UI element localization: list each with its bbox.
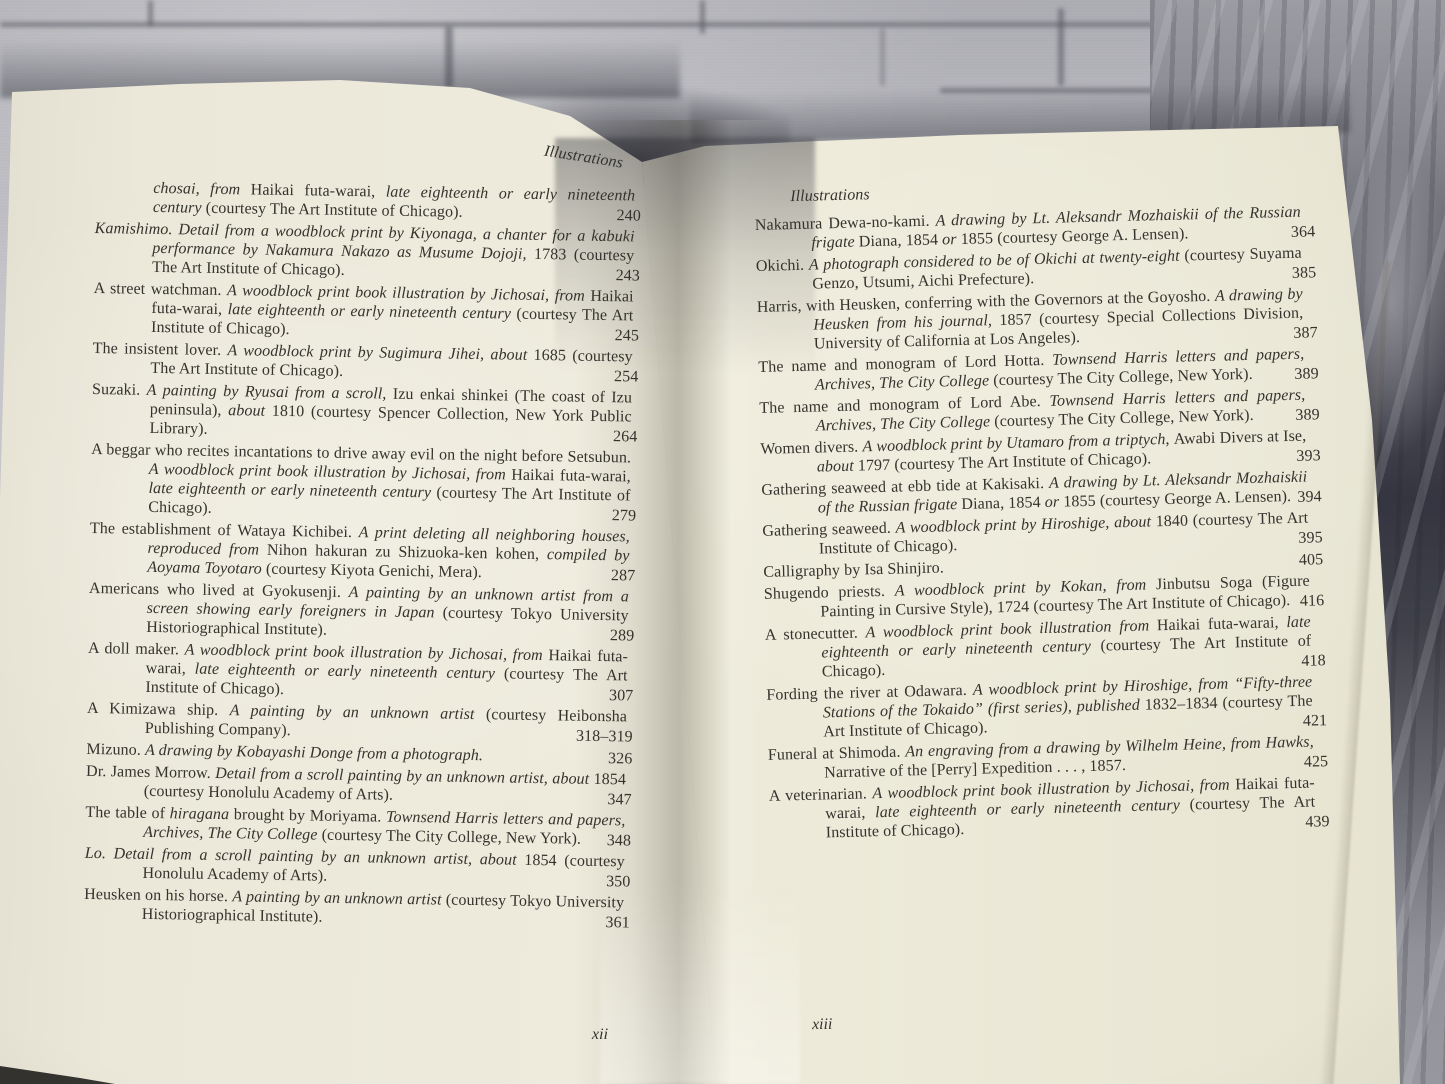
- entry-text: The establishment of Wataya Kichibei. A …: [89, 519, 630, 584]
- toc-entry: Heusken on his horse. A painting by an u…: [84, 885, 631, 932]
- entry-text: Suzaki. A painting by Ryusai from a scro…: [91, 380, 632, 445]
- entry-text: Lo. Detail from a scroll painting by an …: [84, 844, 625, 890]
- entry-page-number: 264: [613, 427, 638, 446]
- entry-text: A Kimizawa ship. A painting by an unknow…: [87, 699, 628, 745]
- wall-mortar-line: [0, 22, 1340, 27]
- entry-page-number: 289: [610, 626, 635, 645]
- wall-mortar-line: [1058, 8, 1064, 86]
- entry-text: The table of hiragana brought by Moriyam…: [85, 803, 626, 849]
- entry-text: chosai, from Haikai futa-warai, late eig…: [95, 178, 636, 224]
- entry-page-number: 348: [607, 831, 632, 850]
- entry-text: Harris, with Heusken, conferring with th…: [757, 285, 1304, 355]
- entry-page-number: 385: [1292, 263, 1317, 283]
- entry-page-number: 254: [614, 367, 639, 386]
- entry-page-number: 405: [1299, 550, 1324, 570]
- left-page-text: Illustrations chosai, from Haikai futa-w…: [84, 142, 642, 934]
- entry-page-number: 364: [1291, 222, 1316, 242]
- entry-page-number: 387: [1293, 323, 1318, 343]
- toc-entry: A doll maker. A woodblock print book ill…: [87, 639, 634, 705]
- toc-entry: Dr. James Morrow. Detail from a scroll p…: [86, 762, 633, 809]
- entry-page-number: 240: [616, 206, 641, 225]
- entry-text: A veterinarian. A woodblock print book i…: [769, 773, 1316, 843]
- toc-entries-right: Nakamura Dewa-no-kami. A drawing by Lt. …: [755, 202, 1330, 843]
- toc-entry: A street watchman. A woodblock print boo…: [93, 279, 640, 345]
- entry-page-number: 347: [607, 790, 632, 809]
- entry-text: Heusken on his horse. A painting by an u…: [84, 885, 625, 931]
- toc-entry: Harris, with Heusken, conferring with th…: [757, 284, 1318, 355]
- toc-entry: A stonecutter. A woodblock print book il…: [765, 612, 1326, 683]
- toc-entry: Fording the river at Odawara. A woodbloc…: [766, 672, 1327, 743]
- toc-entry: A veterinarian. A woodblock print book i…: [769, 773, 1330, 844]
- entry-text: A doll maker. A woodblock print book ill…: [87, 639, 628, 704]
- wall-mortar-line: [880, 28, 885, 86]
- folio-right: xiii: [812, 1016, 833, 1034]
- toc-entry: The establishment of Wataya Kichibei. A …: [89, 519, 636, 585]
- entry-page-number: 393: [1296, 446, 1321, 466]
- toc-entry: Lo. Detail from a scroll painting by an …: [84, 844, 631, 891]
- entry-page-number: 245: [615, 326, 640, 345]
- entry-text: Dr. James Morrow. Detail from a scroll p…: [86, 762, 627, 808]
- entry-page-number: 394: [1297, 487, 1322, 507]
- toc-entry: The insistent lover. A woodblock print b…: [92, 339, 639, 386]
- entry-text: The insistent lover. A woodblock print b…: [92, 339, 633, 385]
- toc-entry: chosai, from Haikai futa-warai, late eig…: [95, 178, 642, 225]
- entry-text: Fording the river at Odawara. A woodbloc…: [766, 673, 1313, 743]
- folio-left: xii: [592, 1026, 608, 1044]
- entry-page-number: 361: [605, 913, 630, 932]
- entry-page-number: 243: [616, 266, 641, 285]
- entry-page-number: 389: [1294, 364, 1319, 384]
- toc-entry: Kamishimo. Detail from a woodblock print…: [94, 219, 641, 285]
- toc-entry: The table of hiragana brought by Moriyam…: [85, 803, 632, 850]
- wall-mortar-line: [700, 0, 705, 34]
- entry-page-number: 318–319: [576, 727, 633, 747]
- entry-page-number: 307: [609, 686, 634, 705]
- entry-page-number: 416: [1300, 591, 1325, 611]
- entry-text: Kamishimo. Detail from a woodblock print…: [94, 219, 635, 284]
- entry-page-number: 326: [608, 749, 633, 768]
- entry-text: A stonecutter. A woodblock print book il…: [765, 613, 1312, 683]
- right-page-text: Illustrations Nakamura Dewa-no-kami. A d…: [754, 174, 1330, 846]
- toc-entries-left: chosai, from Haikai futa-warai, late eig…: [84, 142, 642, 931]
- toc-entry: A Kimizawa ship. A painting by an unknow…: [87, 699, 634, 746]
- entry-text: A street watchman. A woodblock print boo…: [93, 279, 634, 344]
- toc-entry: A beggar who recites incantations to dri…: [90, 440, 637, 525]
- entry-page-number: 421: [1303, 711, 1328, 731]
- entry-text: Americans who lived at Gyokusenji. A pai…: [88, 579, 629, 644]
- wall-mortar-line: [148, 0, 153, 26]
- entry-page-number: 439: [1305, 812, 1330, 832]
- entry-page-number: 395: [1298, 528, 1323, 548]
- toc-entry: Americans who lived at Gyokusenji. A pai…: [88, 579, 635, 645]
- entry-text: A beggar who recites incantations to dri…: [90, 440, 631, 524]
- entry-page-number: 350: [606, 872, 631, 891]
- entry-page-number: 279: [612, 506, 637, 525]
- entry-page-number: 425: [1304, 752, 1329, 772]
- book-photo: Illustrations chosai, from Haikai futa-w…: [0, 0, 1445, 1084]
- toc-entry: Suzaki. A painting by Ryusai from a scro…: [91, 380, 638, 446]
- entry-page-number: 418: [1301, 651, 1326, 671]
- entry-page-number: 389: [1295, 405, 1320, 425]
- entry-page-number: 287: [611, 566, 636, 585]
